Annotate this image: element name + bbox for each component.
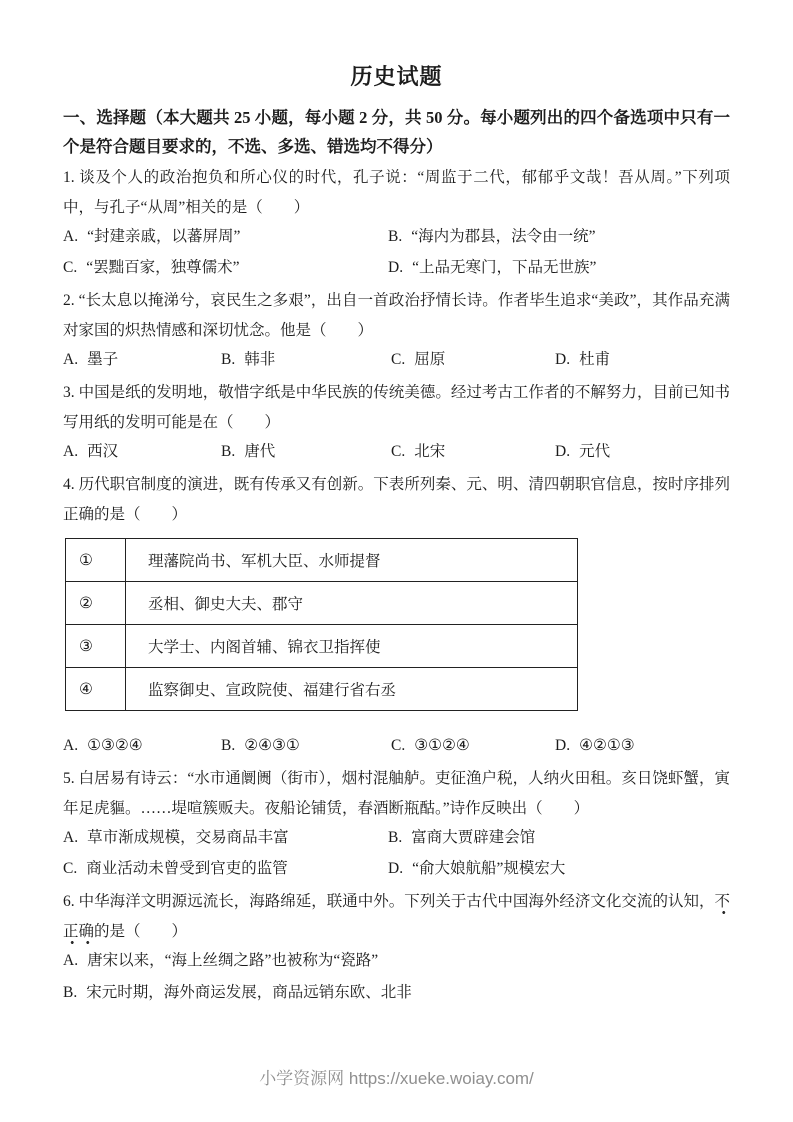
question-number: 1. [63, 169, 75, 186]
exam-page: 历史试题 一、选择题（本大题共 25 小题，每小题 2 分，共 50 分。每小题… [0, 0, 793, 1002]
table-row: ① 理藩院尚书、军机大臣、水师提督 [66, 539, 578, 582]
question-2: 2.“长太息以掩涕兮，哀民生之多艰”，出自一首政治抒情长诗。作者毕生追求“美政”… [63, 286, 730, 369]
question-2-text: 2.“长太息以掩涕兮，哀民生之多艰”，出自一首政治抒情长诗。作者毕生追求“美政”… [63, 286, 730, 346]
option-b: B.唐代 [221, 443, 391, 461]
question-6-options: A.唐宋以来，“海上丝绸之路”也被称为“瓷路” B.宋元时期，海外商运发展，商品… [63, 952, 730, 1002]
option-b: B.富商大贾辟建会馆 [388, 829, 730, 847]
row-index: ② [66, 582, 126, 625]
option-b: B.宋元时期，海外商运发展，商品远销东欧、北非 [63, 984, 730, 1002]
watermark-footer: 小学资源网 https://xueke.woiay.com/ [0, 1064, 793, 1089]
question-3: 3.中国是纸的发明地，敬惜字纸是中华民族的传统美德。经过考古工作者的不解努力，目… [63, 378, 730, 461]
question-stem-before: 中华海洋文明源远流长，海路绵延，联通中外。下列关于古代中国海外经济文化交流的认知… [79, 893, 715, 910]
question-3-options: A.西汉 B.唐代 C.北宋 D.元代 [63, 443, 730, 461]
option-a: A.①③②④ [63, 737, 221, 755]
option-c: C.商业活动未曾受到官吏的监管 [63, 860, 388, 878]
question-5-options: A.草市渐成规模，交易商品丰富 B.富商大贾辟建会馆 C.商业活动未曾受到官吏的… [63, 829, 730, 878]
question-6-text: 6.中华海洋文明源远流长，海路绵延，联通中外。下列关于古代中国海外经济文化交流的… [63, 887, 730, 947]
question-4-table: ① 理藩院尚书、军机大臣、水师提督 ② 丞相、御史大夫、郡守 ③ 大学士、内阁首… [65, 538, 578, 711]
option-c: C.北宋 [391, 443, 555, 461]
row-index: ③ [66, 625, 126, 668]
option-d: D.“俞大娘航船”规模宏大 [388, 860, 730, 878]
question-4-options: A.①③②④ B.②④③① C.③①②④ D.④②①③ [63, 737, 730, 755]
question-stem: 谈及个人的政治抱负和所心仪的时代，孔子说：“周监于二代，郁郁乎文哉！吾从周。”下… [63, 169, 730, 216]
table-row: ② 丞相、御史大夫、郡守 [66, 582, 578, 625]
question-stem: “长太息以掩涕兮，哀民生之多艰”，出自一首政治抒情长诗。作者毕生追求“美政”，其… [63, 292, 730, 339]
option-a: A.草市渐成规模，交易商品丰富 [63, 829, 388, 847]
option-a: A.唐宋以来，“海上丝绸之路”也被称为“瓷路” [63, 952, 730, 970]
section-header: 一、选择题（本大题共 25 小题，每小题 2 分，共 50 分。每小题列出的四个… [63, 103, 730, 161]
question-2-options: A.墨子 B.韩非 C.屈原 D.杜甫 [63, 351, 730, 369]
question-number: 4. [63, 476, 75, 493]
question-number: 5. [63, 770, 75, 787]
option-d: D.“上品无寒门，下品无世族” [388, 259, 730, 277]
question-3-text: 3.中国是纸的发明地，敬惜字纸是中华民族的传统美德。经过考古工作者的不解努力，目… [63, 378, 730, 438]
question-number: 3. [63, 384, 75, 401]
question-1: 1.谈及个人的政治抱负和所心仪的时代，孔子说：“周监于二代，郁郁乎文哉！吾从周。… [63, 163, 730, 277]
page-title: 历史试题 [63, 60, 730, 91]
row-index: ① [66, 539, 126, 582]
row-content: 理藩院尚书、军机大臣、水师提督 [126, 539, 578, 582]
option-a: A.西汉 [63, 443, 221, 461]
question-number: 6. [63, 893, 75, 910]
option-d: D.杜甫 [555, 351, 730, 369]
option-b: B.韩非 [221, 351, 391, 369]
question-6: 6.中华海洋文明源远流长，海路绵延，联通中外。下列关于古代中国海外经济文化交流的… [63, 887, 730, 1002]
option-d: D.④②①③ [555, 737, 730, 755]
question-stem: 历代职官制度的演进，既有传承又有创新。下表所列秦、元、明、清四朝职官信息，按时序… [63, 476, 730, 523]
question-stem: 白居易有诗云：“水市通阛阓（街市），烟村混舳舻。吏征渔户税，人纳火田租。亥日饶虾… [63, 770, 730, 817]
row-content: 大学士、内阁首辅、锦衣卫指挥使 [126, 625, 578, 668]
option-a: A.“封建亲戚，以蕃屏周” [63, 228, 388, 246]
option-b: B.“海内为郡县，法令由一统” [388, 228, 730, 246]
row-content: 丞相、御史大夫、郡守 [126, 582, 578, 625]
option-b: B.②④③① [221, 737, 391, 755]
option-a: A.墨子 [63, 351, 221, 369]
question-4-text: 4.历代职官制度的演进，既有传承又有创新。下表所列秦、元、明、清四朝职官信息，按… [63, 470, 730, 530]
question-stem: 中国是纸的发明地，敬惜字纸是中华民族的传统美德。经过考古工作者的不解努力，目前已… [63, 384, 730, 431]
question-1-options: A.“封建亲戚，以蕃屏周” B.“海内为郡县，法令由一统” C.“罢黜百家，独尊… [63, 228, 730, 277]
option-c: C.③①②④ [391, 737, 555, 755]
question-5: 5.白居易有诗云：“水市通阛阓（街市），烟村混舳舻。吏征渔户税，人纳火田租。亥日… [63, 764, 730, 878]
option-d: D.元代 [555, 443, 730, 461]
question-stem-after: 的是（ ） [94, 923, 187, 940]
question-number: 2. [63, 292, 75, 309]
question-4: 4.历代职官制度的演进，既有传承又有创新。下表所列秦、元、明、清四朝职官信息，按… [63, 470, 730, 755]
option-c: C.屈原 [391, 351, 555, 369]
question-5-text: 5.白居易有诗云：“水市通阛阓（街市），烟村混舳舻。吏征渔户税，人纳火田租。亥日… [63, 764, 730, 824]
table-row: ④ 监察御史、宣政院使、福建行省右丞 [66, 668, 578, 711]
table-row: ③ 大学士、内阁首辅、锦衣卫指挥使 [66, 625, 578, 668]
row-index: ④ [66, 668, 126, 711]
question-1-text: 1.谈及个人的政治抱负和所心仪的时代，孔子说：“周监于二代，郁郁乎文哉！吾从周。… [63, 163, 730, 223]
option-c: C.“罢黜百家，独尊儒术” [63, 259, 388, 277]
row-content: 监察御史、宣政院使、福建行省右丞 [126, 668, 578, 711]
